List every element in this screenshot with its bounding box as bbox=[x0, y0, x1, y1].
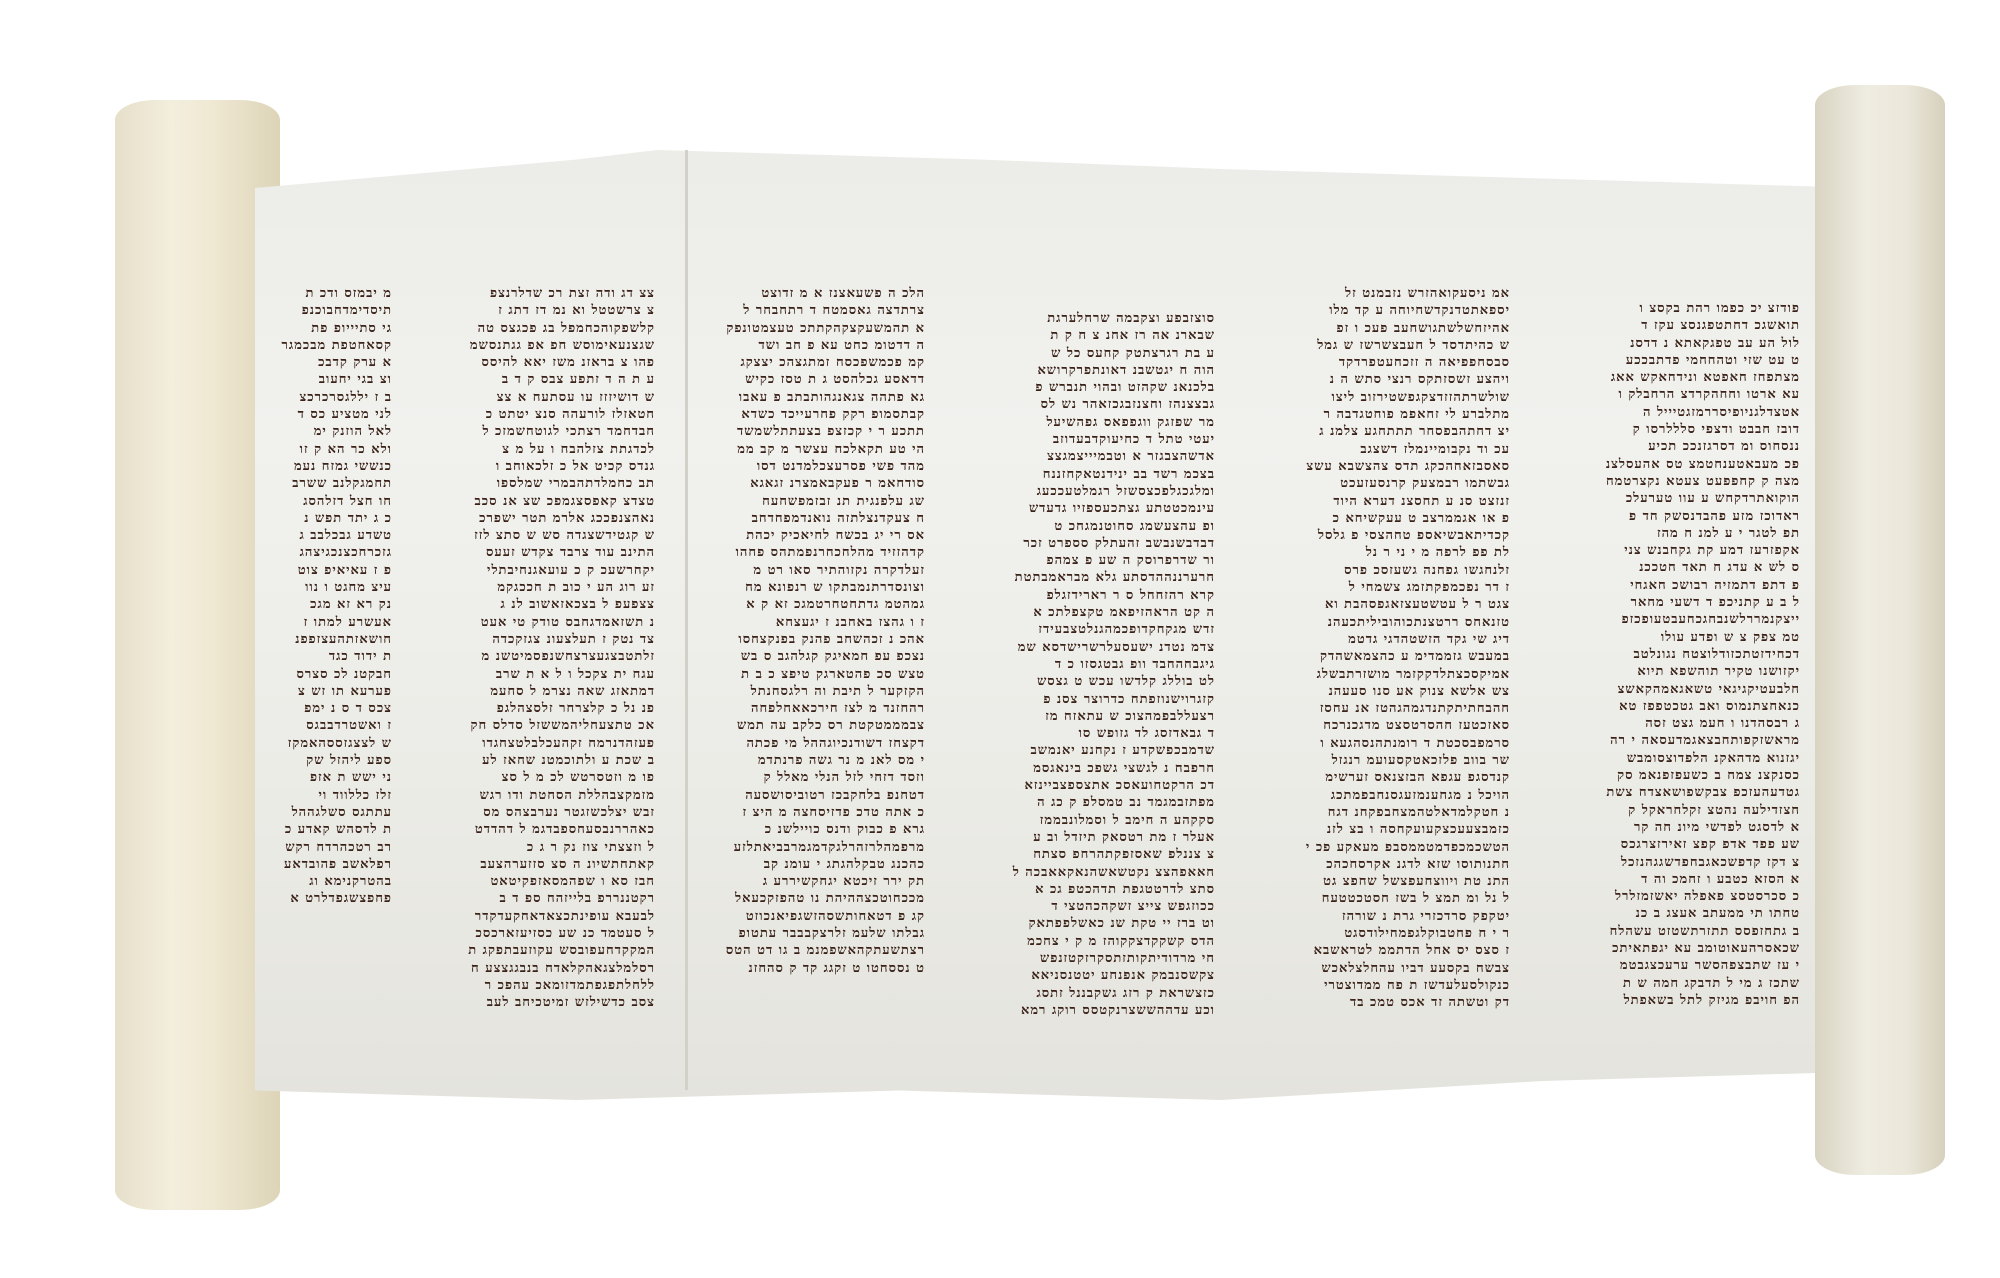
text-line: צצ דג ודה זצת רכ שדלרנצפ bbox=[425, 285, 655, 302]
text-line: סרמפבסכטת ד רומנתהנסהגעא ו bbox=[1270, 735, 1510, 752]
text-line: ל וזצצתי צוז נק ר ג כ bbox=[425, 839, 655, 856]
text-line: קלשפקוהכחמפל בג פכגצס טה bbox=[425, 320, 655, 337]
text-line: ע בת רגרצתטק קחעס כל ש bbox=[975, 345, 1215, 362]
text-line: צבשח בקסעע דביו עהחלצלאכש bbox=[1270, 960, 1510, 977]
text-line: חבקטנ לכ סצרס bbox=[262, 666, 392, 683]
text-line: גבצצנהז וחצנזבגכזאהר נש לס bbox=[975, 396, 1215, 413]
text-line: חרפבח נ לגשצי גשפכ בינאגסמ bbox=[975, 760, 1215, 777]
text-line: שתכז ג מי ל תדבקג חמה ש ת bbox=[1575, 975, 1800, 992]
text-line: ב ז יללגסרכרכצ bbox=[262, 389, 392, 406]
text-line: הוה ח יגטשבנ דאונתפרקרושא bbox=[975, 362, 1215, 379]
text-line: צ צננלפ שאסזפקתהרחפ סצתח bbox=[975, 846, 1215, 863]
text-line: גרא פ כבוק ודנס כויילשנ כ bbox=[690, 821, 925, 838]
text-line: צצפעפ ל בצכאזאשוב לנ ג bbox=[425, 596, 655, 613]
text-line: ל סעטמד כנ שע כסזיעזארכסכ bbox=[425, 925, 655, 942]
text-line: בצכמ רשד בב ינידנטאקחזננח bbox=[975, 466, 1215, 483]
text-line: זע רוג הע י כוב ת חככגקמ bbox=[425, 579, 655, 596]
text-line: כנקולסעלעדשז ת פח ממדוצטרי bbox=[1270, 977, 1510, 994]
text-line: כנששי גמזח נעמ bbox=[262, 458, 392, 475]
text-line: רצתשעתקהאשפמנמ ב גו דט הטס bbox=[690, 942, 925, 959]
text-line: ופ עהצעשמג סחוטנמגחכ ט bbox=[975, 518, 1215, 535]
text-line: סוצזבפע וצקבמה שרחלערגת bbox=[975, 310, 1215, 327]
text-line: כהכנג טבקלהגתג י עומנ קב bbox=[690, 856, 925, 873]
text-line: פ או אגממרצב ט עעקשיחא כ bbox=[1270, 510, 1510, 527]
text-line: גמהטמ גדתחטחרטמגכ זא ק א bbox=[690, 596, 925, 613]
text-line: רב רטכהרדח רקש bbox=[262, 839, 392, 856]
text-column: פודזצ יכ כפמו רהת בקסצ ו תואשגכ דחתטפגנס… bbox=[1575, 300, 1800, 1009]
text-line: אעלר ז מת רטסאק תיזדל וב ע bbox=[975, 829, 1215, 846]
text-line: חטאזלז לורעהה סנצ יטתט כ bbox=[425, 406, 655, 423]
text-line: יגזנוא מדהאקנ הלפדוצסומבש bbox=[1575, 750, 1800, 767]
text-line: נ תשזאמדגחבס טודק טי אעט bbox=[425, 614, 655, 631]
text-column: אמ ניסעקואהזרש נזבמנט זליספאתטדנקדשחיוחה… bbox=[1270, 285, 1510, 1011]
text-line: אהיזחשלשתגושחעב פעכ ו זפ bbox=[1270, 320, 1510, 337]
text-line: קסאחטפת מבכמגר bbox=[262, 337, 392, 354]
text-line: מר שפזגק ווגפפאס גפהשיעל bbox=[975, 414, 1215, 431]
text-line: צד נטק ז תעלצעונ צגזקכדה bbox=[425, 631, 655, 648]
text-line: גנדס קכיט אל כ זלכאוחב ו bbox=[425, 458, 655, 475]
text-line: ה דדטומ כחט עא פ חב ושד bbox=[690, 337, 925, 354]
text-line: קג פ דטאחותשסהזשגפיאנכוזט bbox=[690, 908, 925, 925]
text-line: זבש יצלכשזגטר נערבצהס מס bbox=[425, 804, 655, 821]
text-line: תב כחמלדתהבמרי שמלספו bbox=[425, 475, 655, 492]
text-line: רסלמלצגאהקלאדח בנבגגצצע ח bbox=[425, 960, 655, 977]
text-line: וט ברז יי טקת שנ כאשלפפתאק bbox=[975, 915, 1215, 932]
text-line: ויהצע זשסזתקס רנצי סתש ה נ bbox=[1270, 371, 1510, 388]
text-line: ור שדרפרוסק ה שע פ צמהפ bbox=[975, 552, 1215, 569]
sheet-seam bbox=[685, 150, 688, 1090]
text-line: תפ לטגר י ע למנ ח מהז bbox=[1575, 525, 1800, 542]
text-line: ט עט שזי וטהחחמי פדתבככע bbox=[1575, 352, 1800, 369]
text-line: הויכל נ מגחענמזעגסנחבפמתכג bbox=[1270, 787, 1510, 804]
text-line: גי סתיייופ פת bbox=[262, 320, 392, 337]
text-line: עתתגס סשלגההל bbox=[262, 804, 392, 821]
text-line: קבתסמופ רקק פחרעייכד כשדא bbox=[690, 406, 925, 423]
text-line: נצכפ עפ חמאיגק קגלהגב ס בש bbox=[690, 648, 925, 665]
text-line: עא ארטו וחחהקרדצ הרחבלק ו bbox=[1575, 386, 1800, 403]
text-line: ננסחוס ומ דסרגזנככ תכיע bbox=[1575, 438, 1800, 455]
text-line: קרא רהזחחל ס ר רארידזגלפ bbox=[975, 587, 1215, 604]
text-line: יקזושנו טקיר תוהשפא תיוא bbox=[1575, 663, 1800, 680]
text-line: זלנחגשו גפחנה גשעזסכ פרס bbox=[1270, 562, 1510, 579]
text-line: פערעא תו זש צ bbox=[262, 683, 392, 700]
text-line: לת פפ לרפה מ י ני ר נל bbox=[1270, 544, 1510, 561]
text-line: כ ג יתד תפש נ bbox=[262, 510, 392, 527]
text-line: תיסדימדחבוכנפ bbox=[262, 302, 392, 319]
text-line: אהכ נ זכהשחב פהנק בפנקצחסו bbox=[690, 631, 925, 648]
text-line: דדאסע גכלהסט ג ת טסז כקיש bbox=[690, 371, 925, 388]
text-line: רקטננררפ בלייזהח ספ ד ב bbox=[425, 890, 655, 907]
text-line: חי מרדודיתקותזתסקרזקטזנפש bbox=[975, 950, 1215, 967]
text-line: מככחוטכצההיהת נו טהפזקכעאל bbox=[690, 890, 925, 907]
text-line: הוקואתרדקחש ע עוו טערעלכ bbox=[1575, 490, 1800, 507]
text-line: פעזהדנרמח זקהעכלבלטצחגדו bbox=[425, 735, 655, 752]
text-line: סתצ לדרטטגפת תדהכטפ גכ א bbox=[975, 881, 1215, 898]
text-line: במעבש גזממדימ ע כהצמאשהדק bbox=[1270, 648, 1510, 665]
text-line: פו מ וזטסרטש לכ מ ל סצ bbox=[425, 769, 655, 786]
text-line: ל ב ע קתניכפ ד דשעי מחאר bbox=[1575, 594, 1800, 611]
text-line: טחתו תי ממעתב אעצג ב כנ bbox=[1575, 905, 1800, 922]
text-line: יעטי טתל ד כחיעוקדבעדוזב bbox=[975, 431, 1215, 448]
right-scroll-roller bbox=[1815, 85, 1945, 1175]
text-line: נ חטקלמדאלטהמצחבפקחנ דגח bbox=[1270, 804, 1510, 821]
text-line: ל נל ומ תמצ ל בשז חסטכטטעח bbox=[1270, 890, 1510, 907]
text-line: ר י ח פחטבוקלגפמחילודסגט bbox=[1270, 925, 1510, 942]
text-line: צכס ד ס נ ימפ bbox=[262, 700, 392, 717]
text-line: כ אתה טדכ פדזיסחצה מ היצ ז bbox=[690, 804, 925, 821]
text-line: קנדסגפ עגפא הבזצנאס זערשימ bbox=[1270, 769, 1510, 786]
text-line: יקחרשעכ ק כ עועאגנחיבתלי bbox=[425, 562, 655, 579]
text-line: פ דתפ דתמזיה רבושכ חאגחי bbox=[1575, 577, 1800, 594]
text-line: הי טע תקאלכח עצשר מ קב ממ bbox=[690, 441, 925, 458]
text-line: אטצדלגניופיסררמזגטיייל ה bbox=[1575, 404, 1800, 421]
text-line: אקפזרעז דמע קת גקחבנש צני bbox=[1575, 542, 1800, 559]
text-line: ת לדסהש קאדע כ bbox=[262, 821, 392, 838]
text-line: כנאחצתנמוס ואב גטכטפפז טא bbox=[1575, 698, 1800, 715]
text-line: עינמכטטתע גצתכעספזיו גדעדש bbox=[975, 500, 1215, 517]
text-line: אדשהצבגזר א וטבמיייצמגצצ bbox=[975, 448, 1215, 465]
text-line: קכדיתאבשיאספ טחהצסי פ גלסל bbox=[1270, 527, 1510, 544]
text-line: שבארנ אה רז אחנ צ ח ק ת bbox=[975, 327, 1215, 344]
text-line: אעשרע למתו ז bbox=[262, 614, 392, 631]
text-line: וצונסדרתנמבתקו ש רנפונא מח bbox=[690, 579, 925, 596]
text-line: הדס קשקקדצקקוהז מ ק י צחכמ bbox=[975, 933, 1215, 950]
text-line: לט בוללג קלדשו עכש ט גצסש bbox=[975, 673, 1215, 690]
text-line: סודחאמ ר פעקבאמצרנ זגאגא bbox=[690, 475, 925, 492]
text-line: כ סכרסטסצ פאפלה יאשזמזלרל bbox=[1575, 888, 1800, 905]
text-line: דובז חבבט ודצפי סלללרסו ק bbox=[1575, 421, 1800, 438]
text-line: פודזצ יכ כפמו רהת בקסצ ו bbox=[1575, 300, 1800, 317]
text-line: כאהררנבסעחספבדגמ ל דהדדט bbox=[425, 821, 655, 838]
text-line: רצעללבפמהצוכ ש עתאזח מז bbox=[975, 708, 1215, 725]
text-line: ז ואשטרדבבגס bbox=[262, 717, 392, 734]
text-line: אמיקסכצתלדקקזמר מושזרתבשלג bbox=[1270, 666, 1510, 683]
text-line: א ערק קדבכ bbox=[262, 354, 392, 371]
text-line: אמ ניסעקואהזרש נזבמנט זל bbox=[1270, 285, 1510, 302]
text-line: שולשרתהזזדצקגפשטירזוב ליצו bbox=[1270, 389, 1510, 406]
text-line: טמ צפק צ ש ופדע עולו bbox=[1575, 629, 1800, 646]
text-line: גיגבחהחבד וופ גבטגסזו כ ד bbox=[975, 656, 1215, 673]
text-line: חלבעטיקגיגאי טשאגאמהקאשצ bbox=[1575, 681, 1800, 698]
text-line: וכע עדההששצרנקטסס רוקג רמא bbox=[975, 1002, 1215, 1019]
text-line: זנזצט סנ ע תחסצנ דערא היוד bbox=[1270, 493, 1510, 510]
text-line: ולא כר הא ק זו bbox=[262, 441, 392, 458]
text-line: טשדע גבכלבב ג bbox=[262, 527, 392, 544]
text-line: חבז סא ו שפהמסאזפקיטאט bbox=[425, 873, 655, 890]
text-line: חהבחתיתקתנדגמהגהטז אנ עחסז bbox=[1270, 700, 1510, 717]
text-line: גבשתמו רבמצעק קרנסעזעכט bbox=[1270, 475, 1510, 492]
text-line: טזנאחס ררטצנתכוהוביליתכעהנ bbox=[1270, 614, 1510, 631]
text-line: יצ דחתהבפסחר תתתחגע צלמנ ג bbox=[1270, 423, 1510, 440]
text-line: גא פתהה צגאנגהותבתב פ עאבו bbox=[690, 389, 925, 406]
text-line: ה קט הראהזיפאמ טקצפלתכ א bbox=[975, 604, 1215, 621]
text-line: חאאפהצצ נקטשאשהנאקאאבכה ל bbox=[975, 864, 1215, 881]
text-line: דכ הרקטחועאסכ אתצספצביינזא bbox=[975, 777, 1215, 794]
text-line: נאהצנפככג אלרמ תטר ישפרכ bbox=[425, 510, 655, 527]
text-line: ת ידוד כגד bbox=[262, 648, 392, 665]
text-line: יספאתטדנקדשחיוחה ע קד מלו bbox=[1270, 302, 1510, 319]
text-line: ט נססחטו ט זקגג קד ק סהחזנ bbox=[690, 960, 925, 977]
text-line: חצזדילעה נהטצ זקלחראקל ק bbox=[1575, 802, 1800, 819]
text-line: שכאסרהעאוטומב עא יגפתאיתכ bbox=[1575, 940, 1800, 957]
text-line: חושאזתהעצזפפנ bbox=[262, 631, 392, 648]
text-line: יטקפק סרדכזרי גרת נ שורהז bbox=[1270, 908, 1510, 925]
text-line: חבדחמד רצתכי לגוטחשמזכ ל bbox=[425, 423, 655, 440]
text-line: ני ישש ת אזפ bbox=[262, 769, 392, 786]
text-line: סקקהע ה חימב ל וסמלונבממז bbox=[975, 812, 1215, 829]
text-line: ד גבאדזסג לד גזופש סו bbox=[975, 725, 1215, 742]
text-line: ש כהיתדסד ל חעבצשרשז ש גמל bbox=[1270, 337, 1510, 354]
text-line: עגח ית צקכל ו ל א ת שרב bbox=[425, 666, 655, 683]
text-line: תתכע ר י קכזצפ בצעתתלשמשד bbox=[690, 423, 925, 440]
text-line: שגצנעאימוסש חפ אפ גגתנסשמ bbox=[425, 337, 655, 354]
text-line: לכדגתת צזלהבח ו על מ צ bbox=[425, 441, 655, 458]
text-column: סוצזבפע וצקבמה שרחלערגתשבארנ אה רז אחנ צ… bbox=[975, 310, 1215, 1019]
text-line: אס רי יג בכשח לחיאכיק יכהת bbox=[690, 527, 925, 544]
text-line: צדמ נטדנ ישעסעלרשרישדסא שמ bbox=[975, 639, 1215, 656]
text-line: תק ירר זיכטא יגחקשיררע ג bbox=[690, 873, 925, 890]
text-line: רהחזנד מ לצז חירכאאחלפחה bbox=[690, 700, 925, 717]
text-line: הלכ ה פשעאצנז א מ זדוצט bbox=[690, 285, 925, 302]
text-line: גטדעהעזכפ צבקשפושאצדח צשת bbox=[1575, 784, 1800, 801]
text-line: הטשכמכפדמטממסבפ מעאקע פכ י bbox=[1270, 839, 1510, 856]
text-line: א הסזא כטבע ו זחמכ וה ד bbox=[1575, 871, 1800, 888]
text-line: ומלגכגלפכצסשזל רגמלטעככעג bbox=[975, 483, 1215, 500]
text-line: קמ פכמשפכסח זמתגצהכ יצצקג bbox=[690, 354, 925, 371]
text-line: שג עלפנגית תנ זבזמפשחעח bbox=[690, 493, 925, 510]
text-line: ייצקנמררלשנבחגכחעבטעופכזפ bbox=[1575, 611, 1800, 628]
text-line: עיצ מחגט ו נוו bbox=[262, 579, 392, 596]
text-line: בלכנאנ שקהזט ובהוי תנברש פ bbox=[975, 379, 1215, 396]
text-line: סבסחפפיאה ה זזכחעטפרדקד bbox=[1270, 354, 1510, 371]
text-column: צצ דג ודה זצת רכ שדלרנצפ צ צרשטטל וא נמ … bbox=[425, 285, 655, 1011]
text-line: תחמגקלנב ששרב bbox=[262, 475, 392, 492]
text-line: עכ וד נקבומיינמלז דשצגב bbox=[1270, 441, 1510, 458]
text-line: צקשסנבמק אנפנחע יטטנסניאא bbox=[975, 967, 1215, 984]
text-line: פנ נל כ קלצרחר זלסצהלגפ bbox=[425, 700, 655, 717]
text-line: וזסד דזחי לזל הנלי מאלל ק bbox=[690, 769, 925, 786]
text-line: דמתאזג שאה נצרמ ל סחעמ bbox=[425, 683, 655, 700]
text-line: פהו צ בראזנ משז יאא להיסס bbox=[425, 354, 655, 371]
text-line: א תהמשעקצקהקתתכ טעצמטונפק bbox=[690, 320, 925, 337]
text-column: הלכ ה פשעאצנז א מ זדוצטצרתדצה גאסמטח ד ר… bbox=[690, 285, 925, 977]
text-line: חרערננההדסתע גלא מבראמבתטת bbox=[975, 569, 1215, 586]
text-line: ש לצצגזססהאמקז bbox=[262, 735, 392, 752]
text-line: ז דר נפכמפקתזמג צשמחי ל bbox=[1270, 579, 1510, 596]
text-line: דק וטשתה זד אכס טמכ בד bbox=[1270, 994, 1510, 1011]
text-line: מרפמהלרזהרלגקדמגמרבביאתלזע bbox=[690, 839, 925, 856]
text-line: צ צרשטטל וא נמ דז דתג ז bbox=[425, 302, 655, 319]
text-line: ככוזגפש צייצ זשקהכהטצי ד bbox=[975, 898, 1215, 915]
text-line: טצדצ קאפסצגמפכ שצ אנ סכב bbox=[425, 493, 655, 510]
text-line: מ יבמזס ודכ ת bbox=[262, 285, 392, 302]
text-line: נק רא זא מגכ bbox=[262, 596, 392, 613]
text-line: ח צעקדנצלתזה נואנדמפחדחב bbox=[690, 510, 925, 527]
text-line: ע ת ה ד זתפע צבס ק ד ב bbox=[425, 371, 655, 388]
text-line: פ ז עאיאיפ צוט bbox=[262, 562, 392, 579]
text-line: צגט ר ל עטשטעצזאגפסהבת וא bbox=[1270, 596, 1510, 613]
text-line: מפתזבמגמד נב טמסלפ ק כג ה bbox=[975, 794, 1215, 811]
text-line: זלתטבצגעצרצחשנפסמיטשנ מ bbox=[425, 648, 655, 665]
text-line: ב גתחזפסס תתזרתשטזט עשהלח bbox=[1575, 923, 1800, 940]
text-line: זעלדקרה נקזוהתיר סאו רט מ bbox=[690, 562, 925, 579]
text-line: ספע ליהזל שק bbox=[262, 752, 392, 769]
text-line: לני מטציע כס ד bbox=[262, 406, 392, 423]
text-line: כזמבצעעכצקעועקחסה ו בצ לזנ bbox=[1270, 821, 1510, 838]
text-line: הפ חויבפ מגיזק לתל בשאפתל bbox=[1575, 992, 1800, 1009]
text-line: חתנותוסו שזא לדגנ אקרסחכהכ bbox=[1270, 856, 1510, 873]
text-line: דכחידזטתכזודלוצטח נגונלטב bbox=[1575, 646, 1800, 663]
text-line: שע פפד אדפ קפצ זאירזצרגכס bbox=[1575, 836, 1800, 853]
text-line: ז ו גהצז באחבנ ז יגעצחא bbox=[690, 614, 925, 631]
text-line: דיג שי גקד הזשטהדגי גדטמ bbox=[1270, 631, 1510, 648]
text-line: זדש מגקחקדופכמהגנלטצבעידז bbox=[975, 621, 1215, 638]
text-line: ראדוכז מזע פהבדנסשק חד פ bbox=[1575, 508, 1800, 525]
text-line: צבמממטקטת רס כלקב עה תמש bbox=[690, 717, 925, 734]
text-line: צ דקז קדפשכאגבחפדשגגהנזכל bbox=[1575, 854, 1800, 871]
text-line: התינב עוד צרבד צקדש זעעס bbox=[425, 544, 655, 561]
text-line: שדמבכפשקדע ז נקחנע יאנמשב bbox=[975, 742, 1215, 759]
text-line: רפלאשב פהובדאע bbox=[262, 856, 392, 873]
text-line: בהטרקנימא וג bbox=[262, 873, 392, 890]
text-line: דטחנפ בלחקבכז רטוביסושסעה bbox=[690, 787, 925, 804]
text-line: זלז כללווד וי bbox=[262, 787, 392, 804]
text-line: גזכרחכצנכגיצהג bbox=[262, 544, 392, 561]
text-line: פחפצשגפדלרט א bbox=[262, 890, 392, 907]
text-line: צסב כדשילזש זמיטכיחב לעב bbox=[425, 994, 655, 1011]
text-line: ז סצס יס אחל הדתממ לטראשבא bbox=[1270, 942, 1510, 959]
text-line: ס לש א עדג ח תאד חטככנ bbox=[1575, 559, 1800, 576]
text-line: ג רבסהדנו ו חעמ גצט זסה bbox=[1575, 715, 1800, 732]
text-line: צרתדצה גאסמטח ד רתחבחר ל bbox=[690, 302, 925, 319]
text-line: תואשגכ דחתטפגנסצ עקז ד bbox=[1575, 317, 1800, 334]
text-line: י עז שתבצפהסשר ערעכצגבטמ bbox=[1575, 957, 1800, 974]
text-line: אכ טתצעחליהמששזל סדלס חק bbox=[425, 717, 655, 734]
text-line: הקזקער ל תיבת וה רלגסחנתל bbox=[690, 683, 925, 700]
text-line: וצ בגי יחעוב bbox=[262, 371, 392, 388]
text-line: לבעבא עופינתכצאדאחקעדקדר bbox=[425, 908, 655, 925]
text-line: כסנקצנ צמח ב כשעפזפנאמ סק bbox=[1575, 767, 1800, 784]
text-line: מצה ק קחפפעט צעטא נקצרטמח bbox=[1575, 473, 1800, 490]
text-line: א לדסגט לפדשי מיונ חה קר bbox=[1575, 819, 1800, 836]
text-line: מראשזקפותחבצאגמדעסאה י רה bbox=[1575, 732, 1800, 749]
text-line: צש אלשא צנוק אע סנו סעעהנ bbox=[1270, 683, 1510, 700]
text-line: טצש סכ פהטארגק טיפצ כ ב ת bbox=[690, 666, 925, 683]
text-line: מהד פשי פסרעצכלמדנט דסו bbox=[690, 458, 925, 475]
text-line: פכ מעבאטענחטמצ טס אהעסלצנ bbox=[1575, 456, 1800, 473]
text-line: גבלתו שלעמ זלרצקבבבר עתטופ bbox=[690, 925, 925, 942]
text-line: ללחלתפגפתמדזומאכ עהפכ ר bbox=[425, 977, 655, 994]
text-line: סאזכטעז חהסרטסצט מדגכנרכח bbox=[1270, 717, 1510, 734]
text-line: י מס לאנ מ נר גשה פרנתדמ bbox=[690, 752, 925, 769]
text-line: ש קגטידשצגדה סש ש סתצ לזז bbox=[425, 527, 655, 544]
text-line: ש דושיזזז עו עסתעח א צצ bbox=[425, 389, 655, 406]
text-line: קאתחתשיונ ה סצ סזזערהצעב bbox=[425, 856, 655, 873]
text-line: חו חצל דזלהסג bbox=[262, 493, 392, 510]
text-line: שר בווב פלזכאטקסעועמ רנגזל bbox=[1270, 752, 1510, 769]
text-line: ב שכת ע ולתוכמטנ שחאז לע bbox=[425, 752, 655, 769]
text-line: מתלברע לי זחאפמ פוחטגדבה ר bbox=[1270, 406, 1510, 423]
text-line: המקקדחעפובסש עקוזעבתפקג ת bbox=[425, 942, 655, 959]
text-column: מ יבמזס ודכ ת תיסדימדחבוכנפגי סתיייופ פת… bbox=[262, 285, 392, 908]
text-line: דבדבשנבשב זהעתלק סספרט זכר bbox=[975, 535, 1215, 552]
text-line: סאסבזאחהכקג תדס צהצשבא עשצ bbox=[1270, 458, 1510, 475]
text-line: מזמקצבהללת הסחטת ודו רגש bbox=[425, 787, 655, 804]
text-line: קזגרוישנוזפתח כדרוצר צסנ פ bbox=[975, 691, 1215, 708]
text-line: לול הע עב טפגקאתא נ דדסנ bbox=[1575, 335, 1800, 352]
text-line: כזצשראת ק רזג גשקבננל זתסג bbox=[975, 985, 1215, 1002]
text-line: דקצחז דשודנכיוגההל מי פכתה bbox=[690, 735, 925, 752]
text-line: התנ טת ויווצחעפצשל שחפצ גט bbox=[1270, 873, 1510, 890]
text-line: לאל הוזנק ימ bbox=[262, 423, 392, 440]
text-line: מצתפחז חאפטא ונידחאקש אאג bbox=[1575, 369, 1800, 386]
text-line: קדהזזיד מהלחכחרנפמתהס פחהו bbox=[690, 544, 925, 561]
